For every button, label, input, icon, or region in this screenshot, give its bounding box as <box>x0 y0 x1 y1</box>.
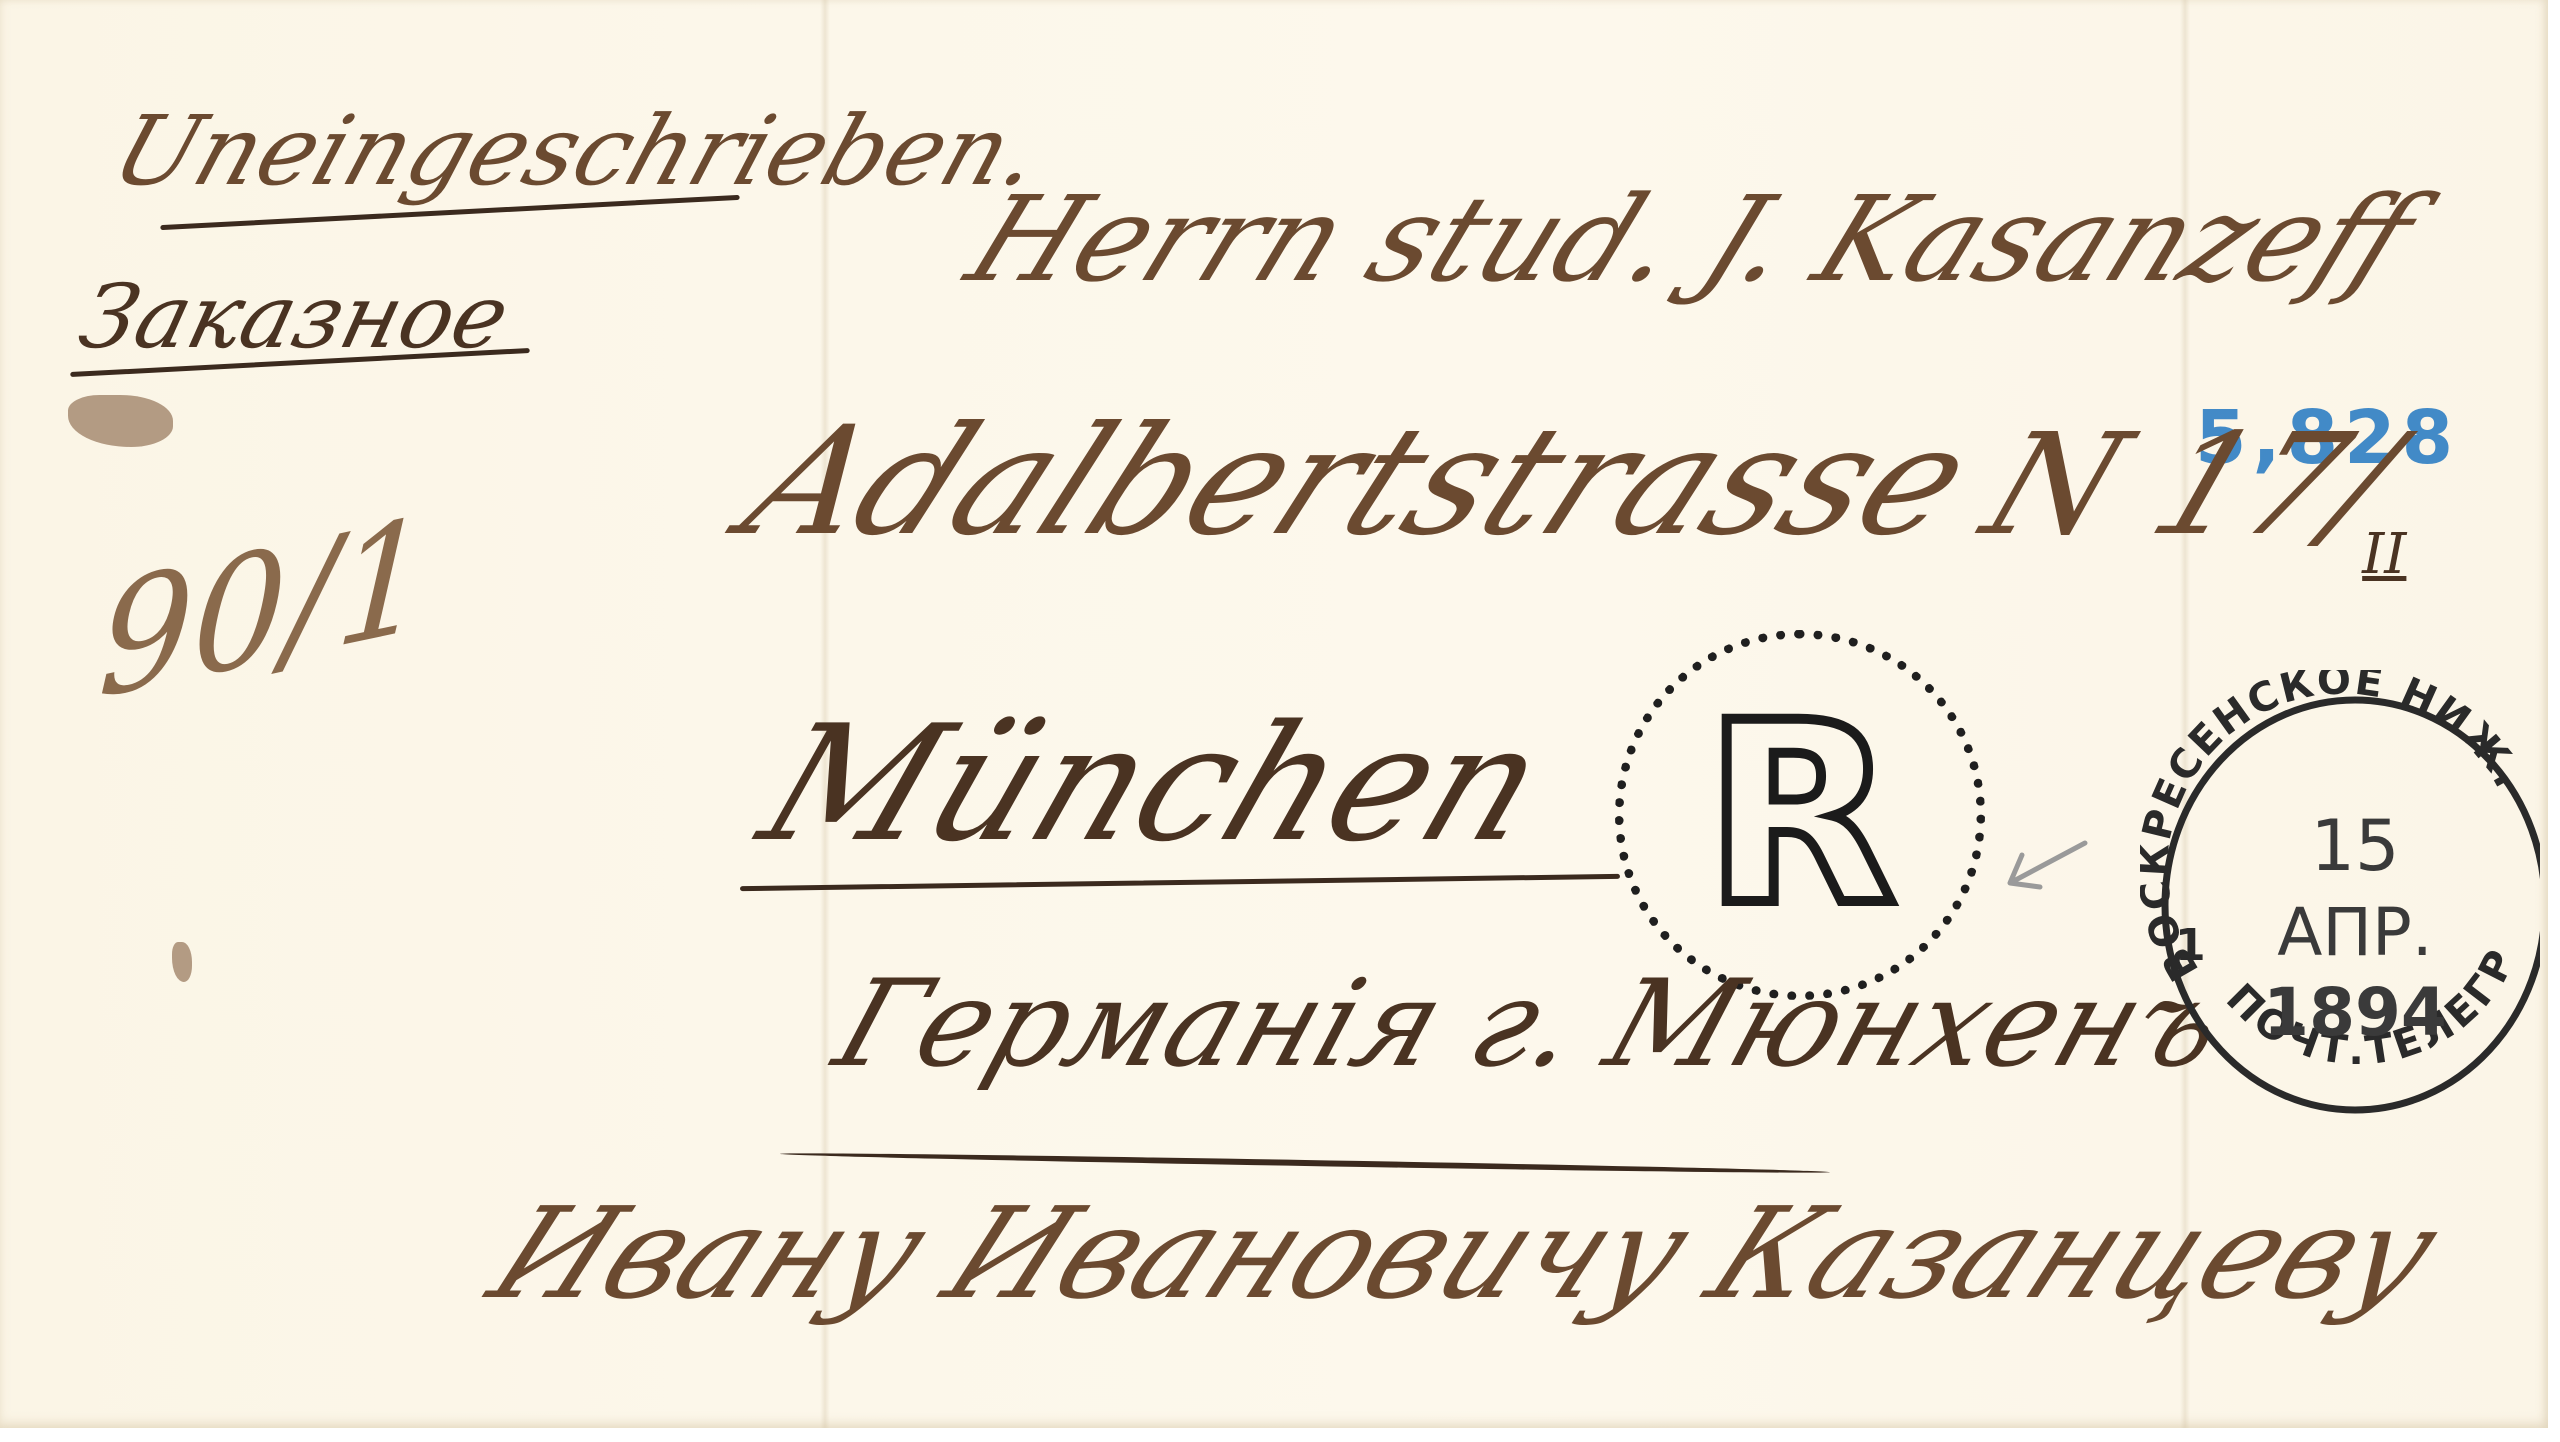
postmark-month: АПР. <box>2277 894 2433 971</box>
address-name-russian: Ивану Ивановичу Казанцеву <box>470 1180 2462 1327</box>
ink-stain <box>68 395 173 447</box>
address-street-line: Adalbertstrasse N 17/ II <box>720 395 2406 569</box>
ink-spot <box>172 942 192 982</box>
margin-note: 90/1 <box>95 484 434 734</box>
address-number: N 17/ <box>1965 404 2417 567</box>
address-country-russian: Германія г. Мюнхенъ <box>820 955 2241 1094</box>
registration-mark: R <box>1615 630 1985 1000</box>
postmark-cancel: ВОСКРЕСЕНСКОЕ НИЖ. ПОЧТ.ТЕЛЕГР.ОТ. 1 15 … <box>2140 670 2540 1130</box>
address-city: München <box>740 690 1568 877</box>
postmark-day: 15 <box>2310 805 2399 887</box>
address-floor: II <box>2362 522 2406 587</box>
envelope: Uneingeschrieben. Заказное 90/1 Herrn st… <box>0 0 2548 1428</box>
russian-underline <box>780 1151 1830 1175</box>
registration-letter: R <box>1704 690 1897 940</box>
annotation-uneingeschrieben: Uneingeschrieben. <box>100 95 1056 207</box>
postmark-year: 1894 <box>2263 974 2447 1051</box>
pencil-arrow-icon <box>2000 835 2090 895</box>
address-recipient: Herrn stud. J. Kasanzeff <box>950 170 2434 308</box>
address-street: Adalbertstrasse <box>720 395 1997 569</box>
postmark-side-number: 1 <box>2175 920 2206 971</box>
